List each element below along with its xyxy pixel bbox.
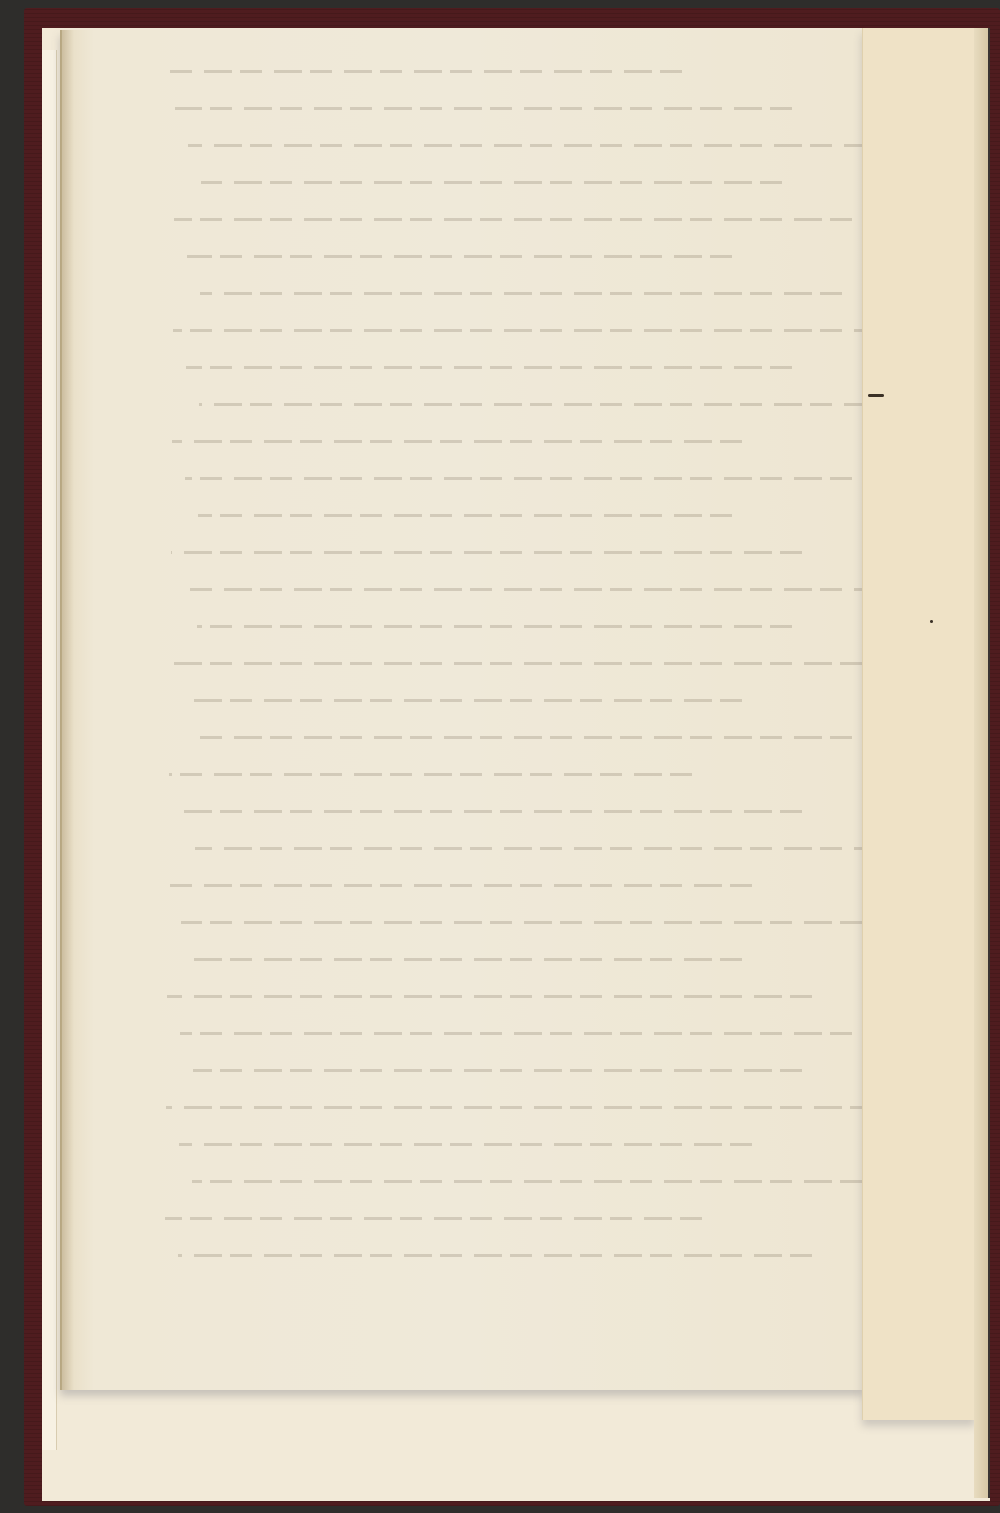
page-fore-edge bbox=[974, 28, 990, 1498]
bleed-through-line bbox=[194, 958, 742, 961]
bleed-through-line bbox=[201, 181, 782, 184]
bleed-through-line bbox=[180, 1032, 922, 1035]
bleed-through-line bbox=[178, 1254, 812, 1257]
bleed-through-line bbox=[172, 440, 742, 443]
guard-strip bbox=[862, 28, 975, 1420]
bleed-through-line bbox=[200, 292, 842, 295]
bleed-through-line bbox=[198, 514, 732, 517]
bleed-through-line bbox=[197, 625, 792, 628]
bleed-through-line bbox=[183, 699, 742, 702]
bleed-through-line bbox=[188, 144, 902, 147]
bleed-through-line bbox=[169, 773, 692, 776]
bleed-through-line bbox=[185, 477, 852, 480]
bleed-through-line bbox=[162, 70, 682, 73]
bleed-through-line bbox=[199, 403, 902, 406]
ink-dot-mark bbox=[930, 620, 933, 623]
bleed-through-line bbox=[165, 1217, 702, 1220]
bleed-through-line bbox=[179, 1143, 752, 1146]
bleed-through-line bbox=[166, 1106, 872, 1109]
bleed-through-line bbox=[184, 588, 912, 591]
bleed-through-line bbox=[182, 810, 802, 813]
bleed-through-line bbox=[174, 218, 852, 221]
bleed-through-line bbox=[187, 255, 732, 258]
bleed-through-line bbox=[170, 662, 862, 665]
bleed-through-line bbox=[195, 847, 912, 850]
bleed-through-line bbox=[173, 329, 912, 332]
mount-inner-edge bbox=[42, 50, 57, 1450]
bleed-through-line bbox=[175, 107, 792, 110]
bleed-through-line bbox=[186, 366, 792, 369]
bleed-through-line bbox=[181, 921, 862, 924]
bleed-through-line bbox=[192, 1180, 862, 1183]
leaf-gutter-shadow bbox=[60, 30, 74, 1390]
bleed-through-line bbox=[196, 736, 852, 739]
bleed-through-line bbox=[193, 1069, 802, 1072]
bleed-through-line bbox=[167, 995, 812, 998]
ink-dash-mark bbox=[868, 394, 884, 397]
bleed-through-line bbox=[171, 551, 802, 554]
manuscript-leaf bbox=[60, 30, 864, 1390]
bleed-through-line bbox=[168, 884, 752, 887]
bleed-through-text bbox=[162, 70, 922, 1291]
